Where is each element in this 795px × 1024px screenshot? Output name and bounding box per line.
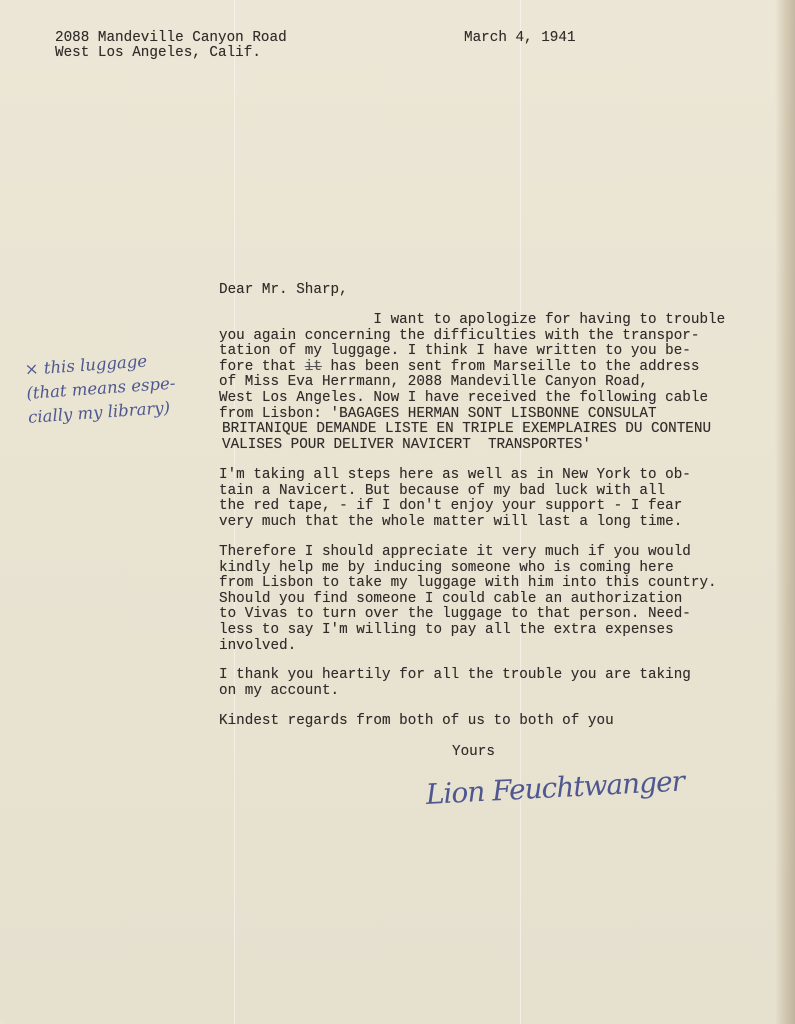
handwritten-margin-note: × this luggage(that means espe-cially my… xyxy=(24,348,178,430)
paragraph-line: involved. xyxy=(219,639,296,655)
valediction: Yours xyxy=(452,745,495,761)
paragraph-line: West Los Angeles. Now I have received th… xyxy=(219,391,708,407)
salutation: Dear Mr. Sharp, xyxy=(219,283,348,299)
paragraph-line: less to say I'm willing to pay all the e… xyxy=(219,623,674,639)
closing-line: Kindest regards from both of us to both … xyxy=(219,714,614,730)
paragraph-line: I thank you heartily for all the trouble… xyxy=(219,668,691,684)
paragraph-line: you again concerning the difficulties wi… xyxy=(219,329,699,345)
line-text: has been sent from Marseille to the addr… xyxy=(322,359,700,375)
paragraph-line: very much that the whole matter will las… xyxy=(219,515,682,531)
paragraph-line: the red tape, - if I don't enjoy your su… xyxy=(219,499,682,515)
letter-paper: 2088 Mandeville Canyon Road West Los Ang… xyxy=(0,0,795,1024)
line-text: fore that xyxy=(219,359,305,375)
paragraph-line: tain a Navicert. But because of my bad l… xyxy=(219,484,665,500)
paragraph-line: kindly help me by inducing someone who i… xyxy=(219,561,674,577)
paragraph-line: on my account. xyxy=(219,684,339,700)
paragraph-line: I'm taking all steps here as well as in … xyxy=(219,468,691,484)
paragraph-line: Therefore I should appreciate it very mu… xyxy=(219,545,691,561)
paragraph-line: from Lisbon to take my luggage with him … xyxy=(219,576,717,592)
paragraph-line: I want to apologize for having to troubl… xyxy=(219,313,725,329)
paragraph-line: tation of my luggage. I think I have wri… xyxy=(219,344,691,360)
sender-address-line2: West Los Angeles, Calif. xyxy=(55,46,261,62)
handwritten-signature: Lion Feuchtwanger xyxy=(425,764,685,810)
cable-text-line: VALISES POUR DELIVER NAVICERT TRANSPORTE… xyxy=(222,438,591,454)
paragraph-line: to Vivas to turn over the luggage to tha… xyxy=(219,607,691,623)
struck-out-text: it xyxy=(305,359,322,375)
cable-text-line: BRITANIQUE DEMANDE LISTE EN TRIPLE EXEMP… xyxy=(222,422,711,438)
paragraph-line: of Miss Eva Herrmann, 2088 Mandeville Ca… xyxy=(219,375,648,391)
letter-date: March 4, 1941 xyxy=(464,31,576,47)
paragraph-line: from Lisbon: 'BAGAGES HERMAN SONT LISBON… xyxy=(219,407,657,423)
